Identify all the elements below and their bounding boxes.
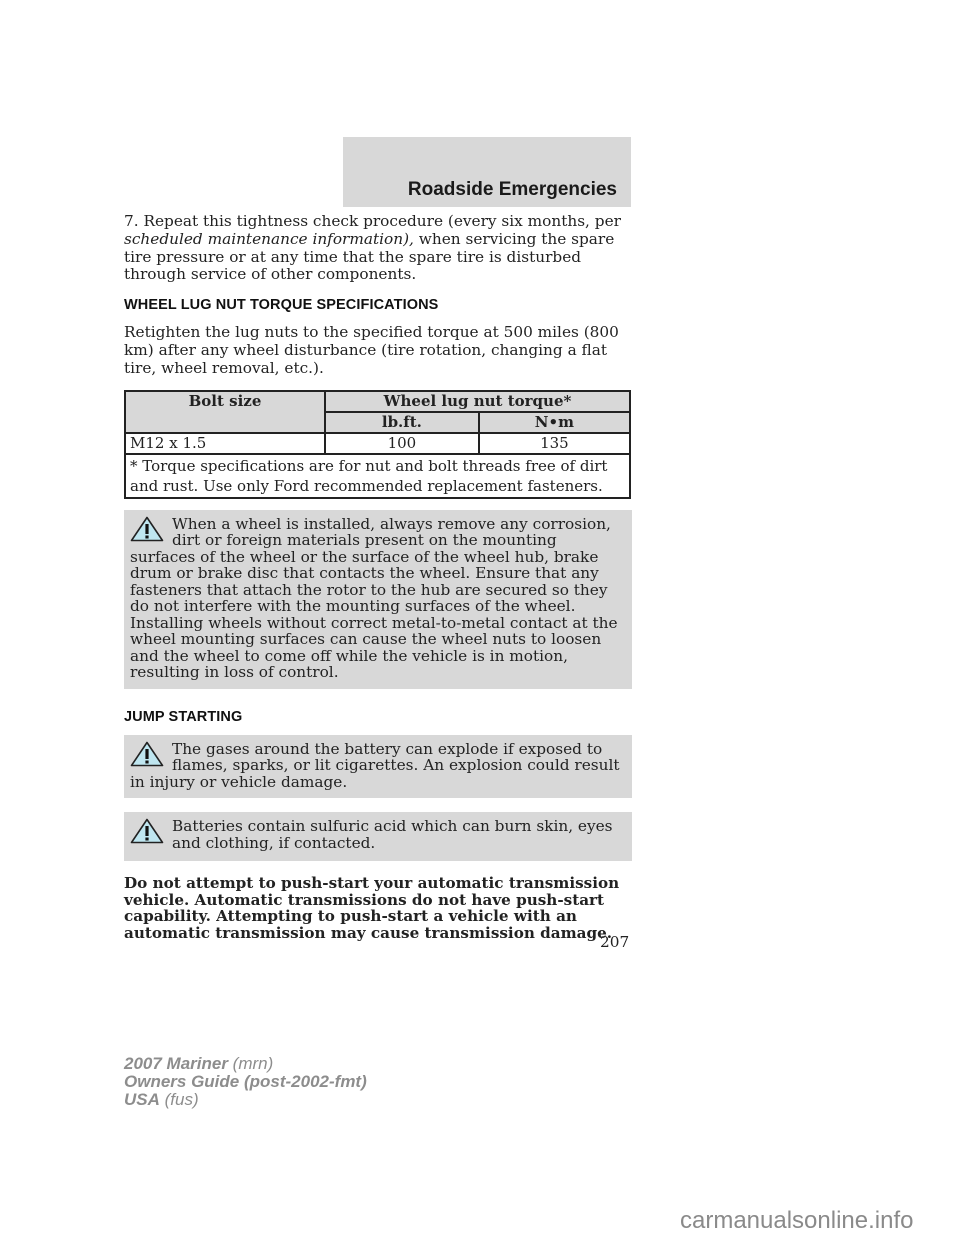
footer-region-code: (fus) [160, 1090, 199, 1109]
warning-triangle-icon [130, 741, 164, 767]
watermark: carmanualsonline.info [680, 1207, 913, 1235]
push-start-note: Do not attempt to push-start your automa… [124, 875, 632, 942]
section-header-band: Roadside Emergencies [343, 137, 631, 207]
col-torque: Wheel lug nut torque* [325, 391, 630, 412]
maintenance-reference: scheduled maintenance information), [124, 230, 414, 248]
document-footer: 2007 Mariner (mrn) Owners Guide (post-20… [124, 1055, 367, 1109]
torque-table: Bolt size Wheel lug nut torque* lb.ft. N… [124, 390, 631, 499]
page-number: 207 [600, 933, 629, 951]
battery-gas-warning-box: The gases around the battery can explode… [124, 735, 632, 799]
nm-value: 135 [479, 433, 630, 454]
col-bolt-size: Bolt size [125, 391, 325, 433]
acid-warning-box: Batteries contain sulfuric acid which ca… [124, 812, 632, 861]
footer-model-code: (mrn) [228, 1054, 273, 1073]
footer-model: 2007 Mariner [124, 1054, 228, 1073]
unit-nm: N•m [479, 412, 630, 433]
warning-triangle-icon [130, 818, 164, 844]
step-7-paragraph: 7. Repeat this tightness check procedure… [124, 213, 632, 284]
acid-warning-text: Batteries contain sulfuric acid which ca… [172, 818, 626, 851]
jump-starting-heading: JUMP STARTING [124, 709, 632, 725]
warning-triangle-icon [130, 516, 164, 542]
retighten-paragraph: Retighten the lug nuts to the specified … [124, 324, 632, 377]
section-title: Roadside Emergencies [408, 179, 617, 201]
footer-region: USA [124, 1090, 160, 1109]
wheel-warning-text: When a wheel is installed, always remove… [130, 516, 626, 681]
footer-guide: Owners Guide (post-2002-fmt) [124, 1072, 367, 1091]
torque-spec-heading: WHEEL LUG NUT TORQUE SPECIFICATIONS [124, 297, 632, 313]
page-content: 7. Repeat this tightness check procedure… [124, 213, 632, 942]
battery-gas-warning-text: The gases around the battery can explode… [130, 741, 626, 791]
table-row: M12 x 1.5 100 135 [125, 433, 630, 454]
bolt-value: M12 x 1.5 [125, 433, 325, 454]
table-footnote: * Torque specifications are for nut and … [125, 454, 630, 498]
unit-lbft: lb.ft. [325, 412, 479, 433]
wheel-warning-box: When a wheel is installed, always remove… [124, 510, 632, 689]
lbft-value: 100 [325, 433, 479, 454]
